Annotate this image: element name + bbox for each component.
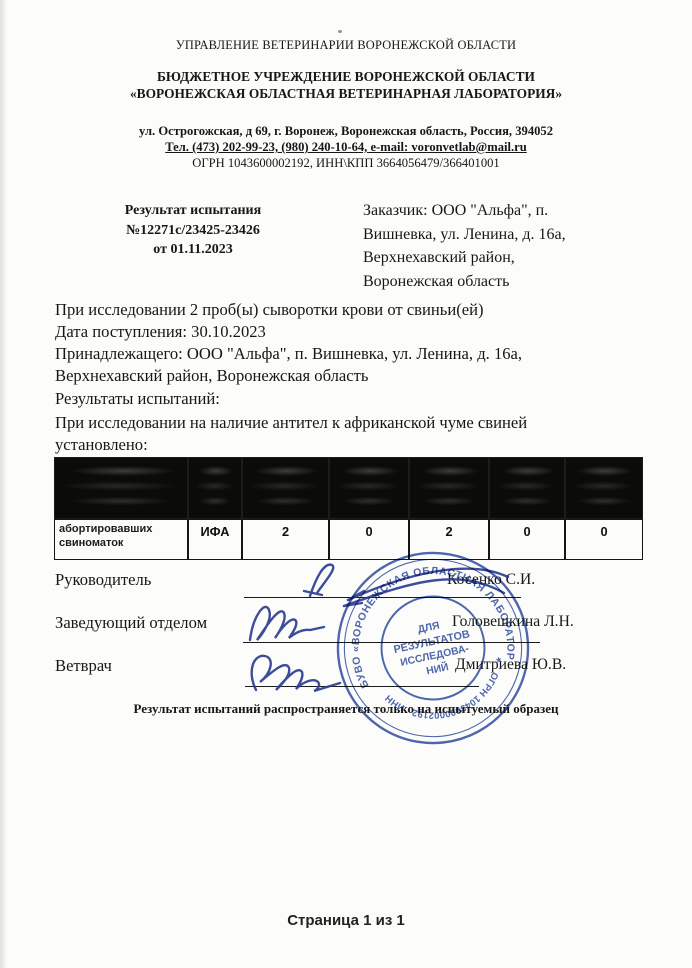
page-number-label: Страница 1 из 1	[0, 912, 692, 929]
organization-name-line1: БЮДЖЕТНОЕ УЧРЕЖДЕНИЕ ВОРОНЕЖСКОЙ ОБЛАСТИ	[0, 69, 692, 85]
signature-role-director: Руководитель	[55, 570, 151, 590]
test-result-header: Результат испытания №12271с/23425-23426 …	[80, 201, 306, 260]
table-cell-value: 0	[565, 519, 643, 560]
table-header-redacted-cell	[188, 457, 242, 519]
signature-role-head-of-department: Заведующий отделом	[55, 613, 207, 633]
signature-role-veterinarian: Ветврач	[55, 656, 112, 676]
table-header-redacted-cell	[489, 457, 565, 519]
footer-disclaimer: Результат испытаний распространяется тол…	[0, 701, 692, 717]
table-header-redacted-cell	[565, 457, 643, 519]
stamp-star: *	[495, 654, 503, 670]
table-header-row-redacted	[54, 457, 643, 519]
organization-contacts: Тел. (473) 202-99-23, (980) 240-10-64, e…	[0, 140, 692, 155]
organization-registration: ОГРН 1043600002192, ИНН\КПП 3664056479/3…	[0, 156, 692, 171]
body-line-owner-cont: Верхнехавский район, Воронежская область	[55, 366, 368, 386]
table-header-redacted-cell	[329, 457, 409, 519]
body-line-results-label: Результаты испытаний:	[55, 389, 220, 409]
body-line-samples: При исследовании 2 проб(ы) сыворотки кро…	[55, 300, 484, 320]
scan-artifact-dot	[338, 30, 342, 33]
scanned-document-page: УПРАВЛЕНИЕ ВЕТЕРИНАРИИ ВОРОНЕЖСКОЙ ОБЛАС…	[0, 0, 692, 968]
organization-address: ул. Острогожская, д 69, г. Воронеж, Воро…	[0, 124, 692, 139]
table-header-redacted-cell	[409, 457, 489, 519]
table-header-redacted-cell	[242, 457, 329, 519]
customer-block: Заказчик: ООО "Альфа", п. Вишневка, ул. …	[363, 199, 653, 293]
customer-line: Вишневка, ул. Ленина, д. 16а,	[363, 223, 653, 247]
signature-stroke	[250, 607, 324, 640]
results-table: абортировавших свиноматок ИФА 2 0 2 0 0	[54, 457, 643, 560]
body-line-asf-test: При исследовании на наличие антител к аф…	[55, 413, 527, 433]
customer-line: Верхнехавский район,	[363, 246, 653, 270]
result-title: Результат испытания	[80, 201, 306, 221]
organization-name-line2: «ВОРОНЕЖСКАЯ ОБЛАСТНАЯ ВЕТЕРИНАРНАЯ ЛАБО…	[0, 86, 692, 102]
body-line-established: установлено:	[55, 435, 148, 455]
result-number: №12271с/23425-23426	[80, 221, 306, 241]
customer-line: Заказчик: ООО "Альфа", п.	[363, 199, 653, 223]
body-line-owner: Принадлежащего: ООО "Альфа", п. Вишневка…	[55, 344, 522, 364]
customer-line: Воронежская область	[363, 270, 653, 294]
table-header-redacted-cell	[54, 457, 188, 519]
department-title: УПРАВЛЕНИЕ ВЕТЕРИНАРИИ ВОРОНЕЖСКОЙ ОБЛАС…	[0, 38, 692, 53]
stamp-center-line: ДЛЯ	[417, 620, 441, 635]
table-cell-sample-group: абортировавших свиноматок	[54, 519, 188, 560]
round-lab-stamp: БУВО «ВОРОНЕЖСКАЯ ОБЛАСТНАЯ ЛАБОРАТОРИЯ»…	[316, 531, 551, 766]
signature-stroke	[252, 656, 340, 691]
body-line-received-date: Дата поступления: 30.10.2023	[55, 322, 266, 342]
result-date: от 01.11.2023	[80, 240, 306, 260]
